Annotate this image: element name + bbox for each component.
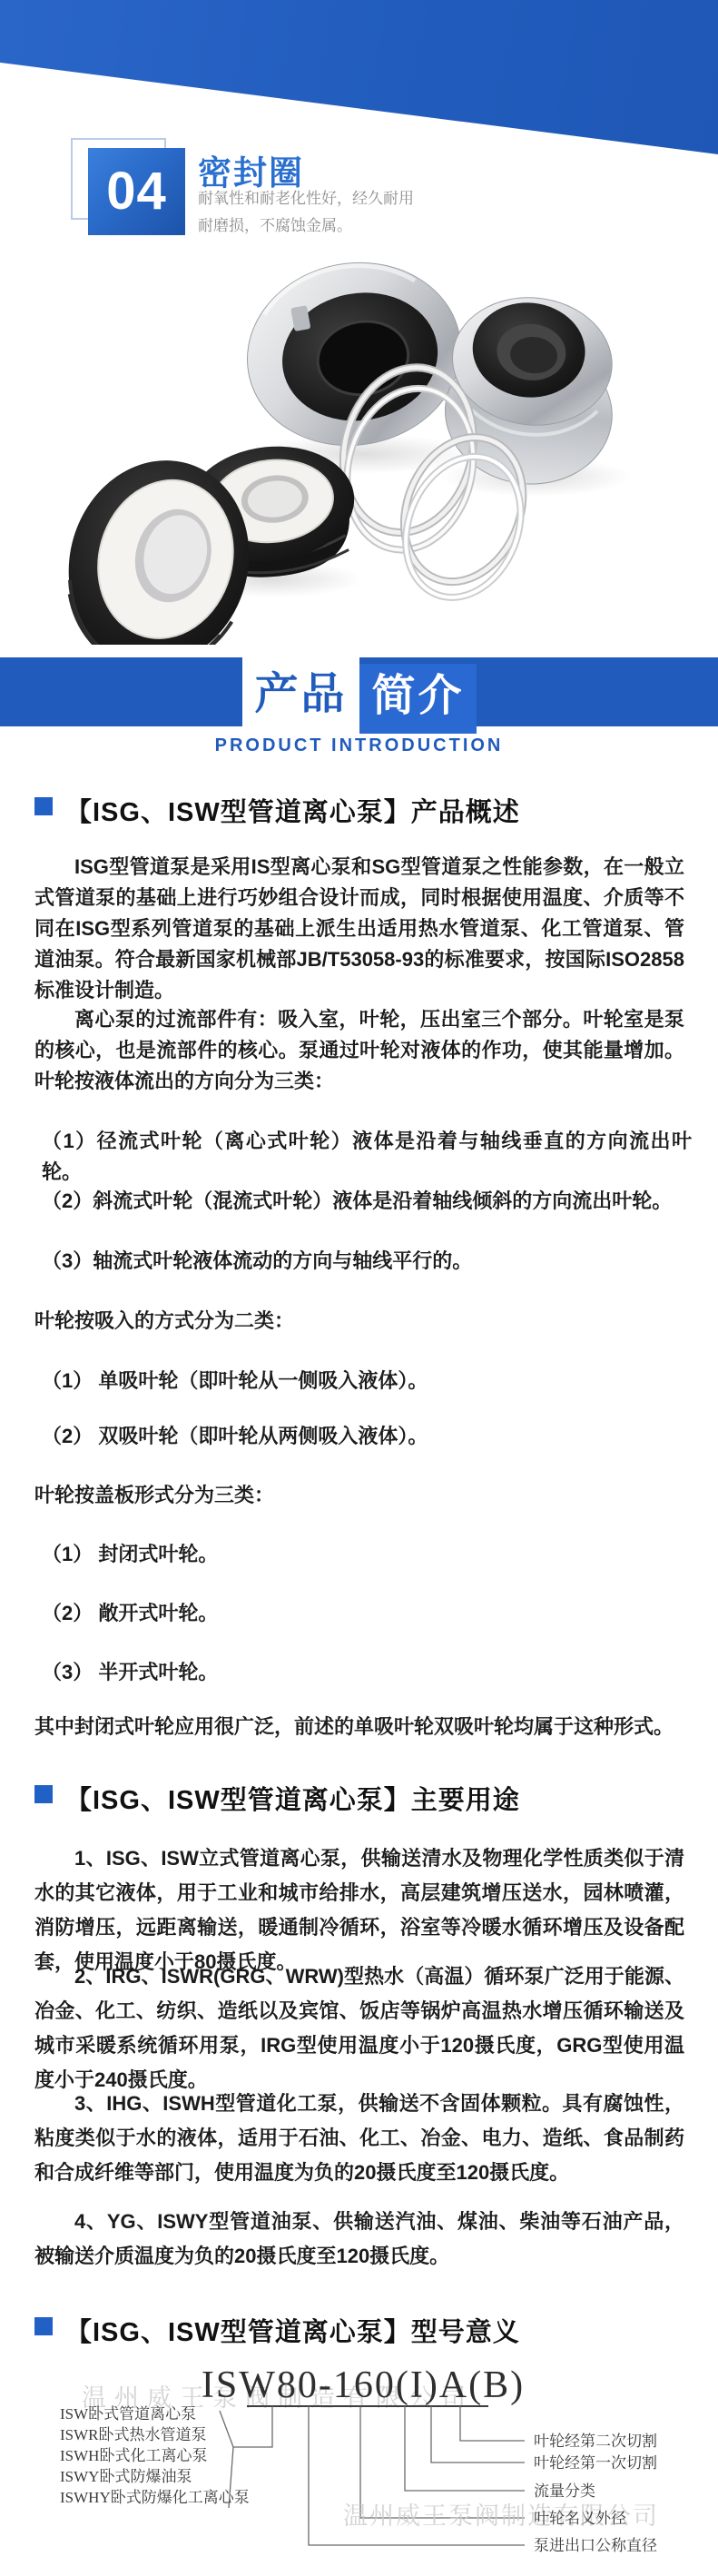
pump-type: ISWY卧式防爆油泵 <box>60 2467 192 2485</box>
suction-type-item: （2） 双吸叶轮（即叶轮从两侧吸入液体）。 <box>34 1421 692 1452</box>
feature-desc-line2: 耐磨损，不腐蚀金属。 <box>198 212 414 240</box>
banner-word-right: 简介 <box>359 664 477 734</box>
pump-type: ISWHY卧式防爆化工离心泵 <box>60 2488 250 2506</box>
flow-type-item: （3）轴流式叶轮液体流动的方向与轴线平行的。 <box>34 1246 692 1277</box>
section-heading-overview: 【ISG、ISW型管道离心泵】产品概述 <box>34 792 684 829</box>
product-detail-page: 04 密封圈 耐氧性和耐老化性好，经久耐用 耐磨损，不腐蚀金属。 <box>0 0 718 2576</box>
heading-bullet-square <box>34 797 53 815</box>
brace-connector <box>233 2406 272 2447</box>
pump-type: ISWH卧式化工离心泵 <box>60 2446 207 2464</box>
banner-word-left: 产品 <box>242 657 359 734</box>
cover-type-item: （1） 封闭式叶轮。 <box>34 1539 692 1570</box>
feature-desc-line1: 耐氧性和耐老化性好，经久耐用 <box>198 185 414 212</box>
feature-description: 耐氧性和耐老化性好，经久耐用 耐磨损，不腐蚀金属。 <box>198 185 414 240</box>
code-label: 叶轮名义外径 <box>534 2510 626 2527</box>
flow-type-item: （1）径流式叶轮（离心式叶轮）液体是沿着与轴线垂直的方向流出叶轮。 <box>34 1126 692 1188</box>
code-label: 叶轮经第一次切割 <box>534 2454 657 2472</box>
cover-intro: 叶轮按盖板形式分为三类： <box>34 1480 684 1511</box>
banner-subtitle: PRODUCT INTRODUCTION <box>0 735 718 756</box>
heading-text: 【ISG、ISW型管道离心泵】主要用途 <box>65 1780 520 1817</box>
seal-components-photo <box>0 245 718 645</box>
code-label: 叶轮经第二次切割 <box>534 2433 657 2450</box>
heading-bullet-square <box>34 2317 53 2335</box>
flow-type-item: （2）斜流式叶轮（混流式叶轮）液体是沿着轴线倾斜的方向流出叶轮。 <box>34 1186 692 1217</box>
heading-text: 【ISG、ISW型管道离心泵】产品概述 <box>65 792 520 829</box>
feature-number: 04 <box>88 148 185 235</box>
metal-seal-seat <box>232 246 475 462</box>
heading-text: 【ISG、ISW型管道离心泵】型号意义 <box>65 2312 520 2349</box>
code-label: 流量分类 <box>534 2482 595 2500</box>
use-item-4: 4、YG、ISWY型管道油泵、供输送汽油、煤油、柴油等石油产品，被输送介质温度为… <box>34 2205 684 2274</box>
pump-type: ISWR卧式热水管道泵 <box>60 2425 207 2443</box>
overview-paragraph-1: ISG型管道泵是采用IS型离心泵和SG型管道泵之性能参数，在一般立式管道泵的基础… <box>34 852 684 1006</box>
suction-intro: 叶轮按吸入的方式分为二类： <box>34 1306 684 1337</box>
section-heading-model: 【ISG、ISW型管道离心泵】型号意义 <box>34 2312 684 2349</box>
model-code: ISW80-160(I)A(B) <box>202 2364 525 2406</box>
pump-type: ISW卧式管道离心泵 <box>60 2404 196 2423</box>
section-heading-uses: 【ISG、ISW型管道离心泵】主要用途 <box>34 1780 684 1817</box>
use-item-3: 3、IHG、ISWH型管道化工泵，供输送不含固体颗粒。具有腐蚀性，粘度类似于水的… <box>34 2087 684 2190</box>
suction-type-item: （1） 单吸叶轮（即叶轮从一侧吸入液体）。 <box>34 1366 692 1397</box>
model-code-diagram: 温州威王泵阀制造有限公司 ISW80-160(I)A(B) ISW卧式管道离心泵… <box>0 2354 718 2576</box>
code-label: 泵进出口公称直径 <box>534 2537 657 2554</box>
use-item-2: 2、IRG、ISWR(GRG、WRW)型热水（高温）循环泵广泛用于能源、冶金、化… <box>34 1959 684 2097</box>
heading-bullet-square <box>34 1785 53 1803</box>
cover-type-item: （3） 半开式叶轮。 <box>34 1657 692 1688</box>
overview-paragraph-3: 其中封闭式叶轮应用很广泛，前述的单吸叶轮双吸叶轮均属于这种形式。 <box>34 1712 684 1742</box>
cover-type-item: （2） 敞开式叶轮。 <box>34 1598 692 1629</box>
top-diagonal-banner <box>0 0 718 154</box>
overview-paragraph-2: 离心泵的过流部件有：吸入室，叶轮，压出室三个部分。叶轮室是泵的核心，也是流部件的… <box>34 1004 684 1097</box>
